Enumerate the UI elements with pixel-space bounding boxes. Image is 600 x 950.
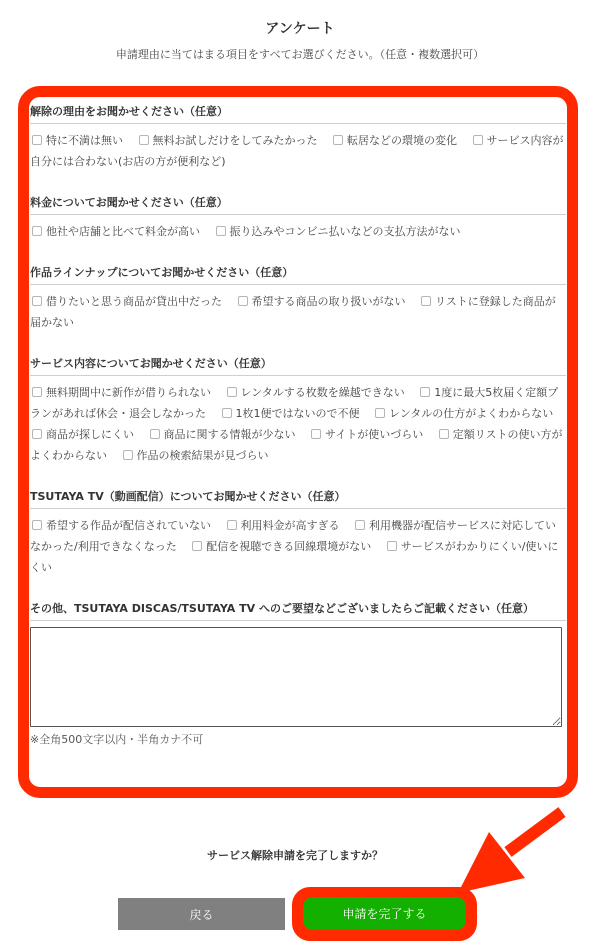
- comment-textarea[interactable]: [30, 627, 562, 727]
- option-fee-too-high[interactable]: 利用料金が高すぎる: [225, 519, 340, 532]
- checkbox[interactable]: [32, 429, 42, 439]
- section-title: 解除の理由をお聞かせください（任意）: [30, 103, 566, 124]
- checkbox[interactable]: [421, 296, 431, 306]
- complete-application-button[interactable]: 申請を完了する: [303, 897, 466, 930]
- option-little-info[interactable]: 商品に関する情報が少ない: [148, 428, 296, 441]
- option-no-complaint[interactable]: 特に不満は無い: [30, 134, 123, 147]
- checkbox[interactable]: [192, 541, 202, 551]
- option-no-new-releases[interactable]: 無料期間中に新作が借りられない: [30, 386, 211, 399]
- checkbox[interactable]: [375, 408, 385, 418]
- option-no-payment-method[interactable]: 振り込みやコンビニ払いなどの支払方法がない: [214, 225, 461, 238]
- checkbox[interactable]: [216, 226, 226, 236]
- checkbox[interactable]: [32, 387, 42, 397]
- option-environment-change[interactable]: 転居などの環境の変化: [331, 134, 457, 147]
- checkbox[interactable]: [387, 541, 397, 551]
- checkbox[interactable]: [139, 135, 149, 145]
- survey-form: 解除の理由をお聞かせください（任意） 特に不満は無い 無料お試しだけをしてみたか…: [30, 103, 566, 769]
- section-title: TSUTAYA TV（動画配信）についてお聞かせください（任意）: [30, 488, 566, 509]
- option-trial-only[interactable]: 無料お試しだけをしてみたかった: [137, 134, 318, 147]
- page-title: アンケート: [0, 18, 600, 38]
- page-subtitle: 申請理由に当てはまる項目をすべてお選びください。（任意・複数選択可）: [0, 46, 600, 62]
- back-button[interactable]: 戻る: [118, 898, 285, 930]
- section-pricing: 料金についてお聞かせください（任意） 他社や店舗と比べて料金が高い 振り込みやコ…: [30, 194, 566, 242]
- option-not-carried[interactable]: 希望する商品の取り扱いがない: [236, 295, 406, 308]
- checkbox[interactable]: [32, 135, 42, 145]
- checkbox[interactable]: [123, 450, 133, 460]
- checkbox[interactable]: [420, 387, 430, 397]
- options-list: 希望する作品が配信されていない 利用料金が高すぎる 利用機器が配信サービスに対応…: [30, 515, 566, 578]
- section-title: 作品ラインナップについてお聞かせください（任意）: [30, 264, 566, 285]
- checkbox[interactable]: [333, 135, 343, 145]
- option-rental-unclear[interactable]: レンタルの仕方がよくわからない: [373, 407, 553, 420]
- character-limit-note: ※全角500文字以内・半角カナ不可: [30, 731, 566, 747]
- checkbox[interactable]: [32, 520, 42, 530]
- survey-highlight-frame: 解除の理由をお聞かせください（任意） 特に不満は無い 無料お試しだけをしてみたか…: [18, 86, 578, 798]
- option-titles-unavailable[interactable]: 希望する作品が配信されていない: [30, 519, 211, 532]
- confirm-question: サービス解除申請を完了しますか？: [0, 847, 590, 863]
- option-rented-out[interactable]: 借りたいと思う商品が貸出中だった: [30, 295, 222, 308]
- checkbox[interactable]: [32, 226, 42, 236]
- checkbox[interactable]: [222, 408, 232, 418]
- option-no-carryover[interactable]: レンタルする枚数を繰越できない: [225, 386, 405, 399]
- checkbox[interactable]: [238, 296, 248, 306]
- option-search-results-hard[interactable]: 作品の検索結果が見づらい: [121, 449, 269, 462]
- options-list: 借りたいと思う商品が貸出中だった 希望する商品の取り扱いがない リストに登録した…: [30, 291, 566, 333]
- option-hard-to-find[interactable]: 商品が探しにくい: [30, 428, 134, 441]
- section-title: その他、TSUTAYA DISCAS/TSUTAYA TV へのご要望などござい…: [30, 600, 566, 621]
- section-title: 料金についてお聞かせください（任意）: [30, 194, 566, 215]
- checkbox[interactable]: [473, 135, 483, 145]
- checkbox[interactable]: [227, 520, 237, 530]
- section-tsutaya-tv: TSUTAYA TV（動画配信）についてお聞かせください（任意） 希望する作品が…: [30, 488, 566, 578]
- checkbox[interactable]: [355, 520, 365, 530]
- checkbox[interactable]: [150, 429, 160, 439]
- options-list: 特に不満は無い 無料お試しだけをしてみたかった 転居などの環境の変化 サービス内…: [30, 130, 566, 172]
- checkbox[interactable]: [439, 429, 449, 439]
- options-list: 無料期間中に新作が借りられない レンタルする枚数を繰越できない 1度に最大5枚届…: [30, 382, 566, 466]
- option-price-high[interactable]: 他社や店舗と比べて料金が高い: [30, 225, 200, 238]
- checkbox[interactable]: [227, 387, 237, 397]
- options-list: 他社や店舗と比べて料金が高い 振り込みやコンビニ払いなどの支払方法がない: [30, 221, 566, 242]
- option-one-per-shipment[interactable]: 1枚1便ではないので不便: [220, 407, 360, 420]
- section-service-content: サービス内容についてお聞かせください（任意） 無料期間中に新作が借りられない レ…: [30, 355, 566, 466]
- section-lineup: 作品ラインナップについてお聞かせください（任意） 借りたいと思う商品が貸出中だっ…: [30, 264, 566, 333]
- checkbox[interactable]: [32, 296, 42, 306]
- section-title: サービス内容についてお聞かせください（任意）: [30, 355, 566, 376]
- section-free-comment: その他、TSUTAYA DISCAS/TSUTAYA TV へのご要望などござい…: [30, 600, 566, 747]
- section-cancel-reason: 解除の理由をお聞かせください（任意） 特に不満は無い 無料お試しだけをしてみたか…: [30, 103, 566, 172]
- option-site-hard-to-use[interactable]: サイトが使いづらい: [309, 428, 423, 441]
- checkbox[interactable]: [311, 429, 321, 439]
- option-no-network[interactable]: 配信を視聴できる回線環境がない: [190, 540, 371, 553]
